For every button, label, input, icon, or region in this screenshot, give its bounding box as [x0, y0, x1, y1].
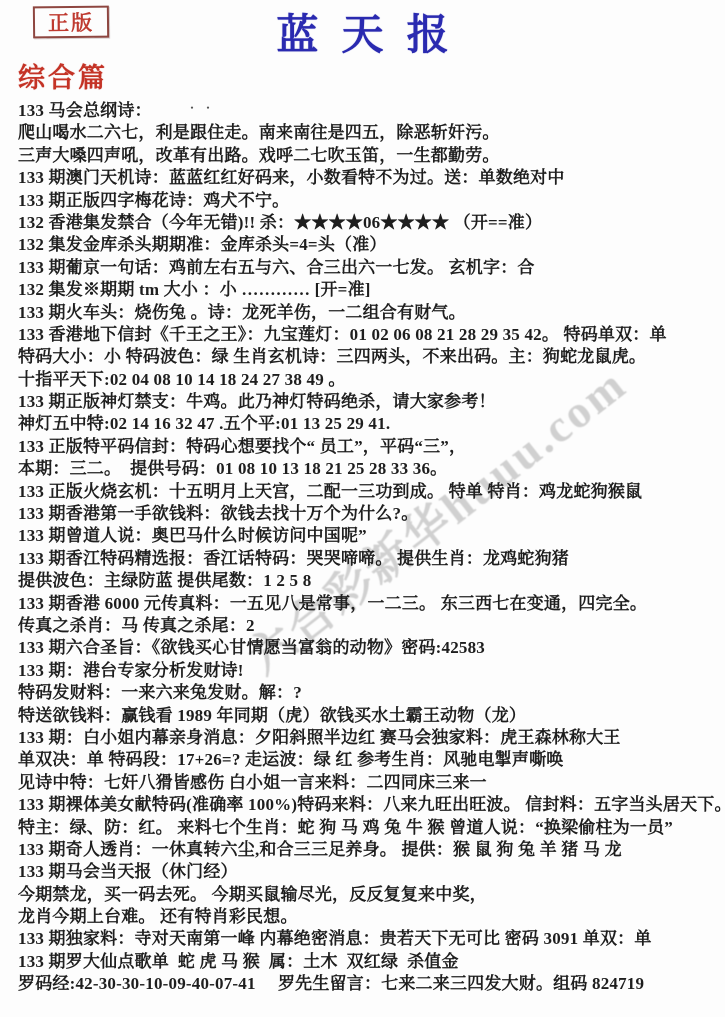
text-line: 133 期：港台专家分析发财诗!: [18, 660, 710, 682]
text-line: 133 正版特平码信封：特码心想要找个“ 员工”，平码“三”，: [18, 436, 710, 458]
text-line: 单双决：单 特码段：17+26=? 走运波：绿 红 参考生肖：风驰电掣声嘶唤: [18, 749, 710, 771]
text-line: 十指平天下:02 04 08 10 14 18 24 27 38 49 。: [18, 369, 710, 391]
page-title: 蓝天报: [0, 2, 725, 62]
text-line: 133 正版火烧玄机：十五明月上天宫，二配一三功到成。 特单 特肖：鸡龙蛇狗猴鼠: [18, 481, 710, 503]
text-line: 罗码经:42-30-30-10-09-40-07-41 罗先生留言：七来二来三四…: [18, 973, 710, 995]
text-line: 132 集发※期期 tm 大小 ：小 ………… [开=准]: [18, 279, 710, 301]
text-line: 133 马会总纲诗：: [18, 100, 710, 122]
text-line: 特主：绿、防：红。 来料七个生肖：蛇 狗 马 鸡 兔 牛 猴 曾道人说：“换梁偷…: [18, 817, 710, 839]
text-line: 133 期香江特码精选报：香江话特码：哭哭啼啼。 提供生肖：龙鸡蛇狗猪: [18, 548, 710, 570]
text-line: 神灯五中特:02 14 16 32 47 .五个平:01 13 25 29 41…: [18, 413, 710, 435]
text-line: 三声大嗓四声吼，改革有出路。戏呼二七吹玉笛，一生都勤劳。: [18, 145, 710, 167]
text-line: 133 期火车头：烧伤兔 。诗：龙死羊伤，一二组合有财气。: [18, 302, 710, 324]
text-line: 特送欲钱料：赢钱看 1989 年同期（虎）欲钱买水土霸王动物（龙）: [18, 705, 710, 727]
text-line: 133 期正版四字梅花诗：鸡犬不宁。: [18, 190, 710, 212]
text-line: 龙肖今期上台难。 还有特肖彩民想。: [18, 906, 710, 928]
text-line: 见诗中特：七奸八猾皆感伤 白小姐一言来料：二四同床三来一: [18, 772, 710, 794]
text-line: 133 期葡京一句话：鸡前左右五与六、合三出六一七发。 玄机字：合: [18, 257, 710, 279]
text-line: 提供波色：主绿防蓝 提供尾数：1 2 5 8: [18, 570, 710, 592]
text-line: 133 期正版神灯禁支：牛鸡。此乃神灯特码绝杀，请大家参考！: [18, 391, 710, 413]
text-line: 133 期六合圣旨：《欲钱买心甘情愿当富翁的动物》密码:42583: [18, 637, 710, 659]
text-line: 特码发财料：一来六来兔发财。解：?: [18, 682, 710, 704]
text-line: 132 集发金库杀头期期准：金库杀头=4=头（准）: [18, 234, 710, 256]
text-line: 133 香港地下信封《千王之王》：九宝莲灯：01 02 06 08 21 28 …: [18, 324, 710, 346]
text-line: 133 期奇人透肖：一休真转六尘,和合三三足养身。 提供：猴 鼠 狗 兔 羊 猪…: [18, 839, 710, 861]
text-line: 特码大小：小 特码波色：绿 生肖玄机诗：三四两头，不来出码。主：狗蛇龙鼠虎。: [18, 346, 710, 368]
text-line: 爬山喝水二六七，利是跟住走。南来南往是四五，除恶斩奸污。: [18, 122, 710, 144]
text-line: 133 期独家料：寺对天南第一峰 内幕绝密消息：贵若天下无可比 密码 3091 …: [18, 928, 710, 950]
text-line: 133 期马会当天报（休门经）: [18, 861, 710, 883]
text-line: 133 期曾道人说：奥巴马什么时候访问中国呢”: [18, 525, 710, 547]
text-line: 133 期香港第一手欲钱料：欲钱去找十万个为什么?。: [18, 503, 710, 525]
newspaper-page: 正版 蓝天报 综合篇 ・・ 六合彩新华huuu.com 133 马会总纲诗：爬山…: [0, 0, 725, 1017]
text-line: 133 期裸体美女献特码(准确率 100%)特码来料：八来九旺出旺波。 信封料：…: [18, 794, 710, 816]
text-line: 133 期澳门天机诗：蓝蓝红红好码来，小数看特不为过。送：单数绝对中: [18, 167, 710, 189]
text-line: 今期禁龙，买一码去死。 今期买鼠输尽光，反反复复来中奖，: [18, 884, 710, 906]
text-line: 133 期罗大仙点歌单 蛇 虎 马 猴 属：土木 双红绿 杀值金: [18, 951, 710, 973]
text-line: 本期：三二。 提供号码：01 08 10 13 18 21 25 28 33 3…: [18, 458, 710, 480]
section-title: 综合篇: [18, 56, 108, 95]
text-line: 133 期香港 6000 元传真料：一五见八是常事，一二三。 东三西七在变通，四…: [18, 593, 710, 615]
text-line: 133 期：白小姐内幕亲身消息：夕阳斜照半边红 赛马会独家料：虎王森林称大王: [18, 727, 710, 749]
text-line: 132 香港集发禁合（今年无错)!! 杀：★★★★06★★★★ （开==准）: [18, 212, 710, 234]
body-lines: 133 马会总纲诗：爬山喝水二六七，利是跟住走。南来南往是四五，除恶斩奸污。三声…: [18, 100, 710, 996]
text-line: 传真之杀肖：马 传真之杀尾：2: [18, 615, 710, 637]
